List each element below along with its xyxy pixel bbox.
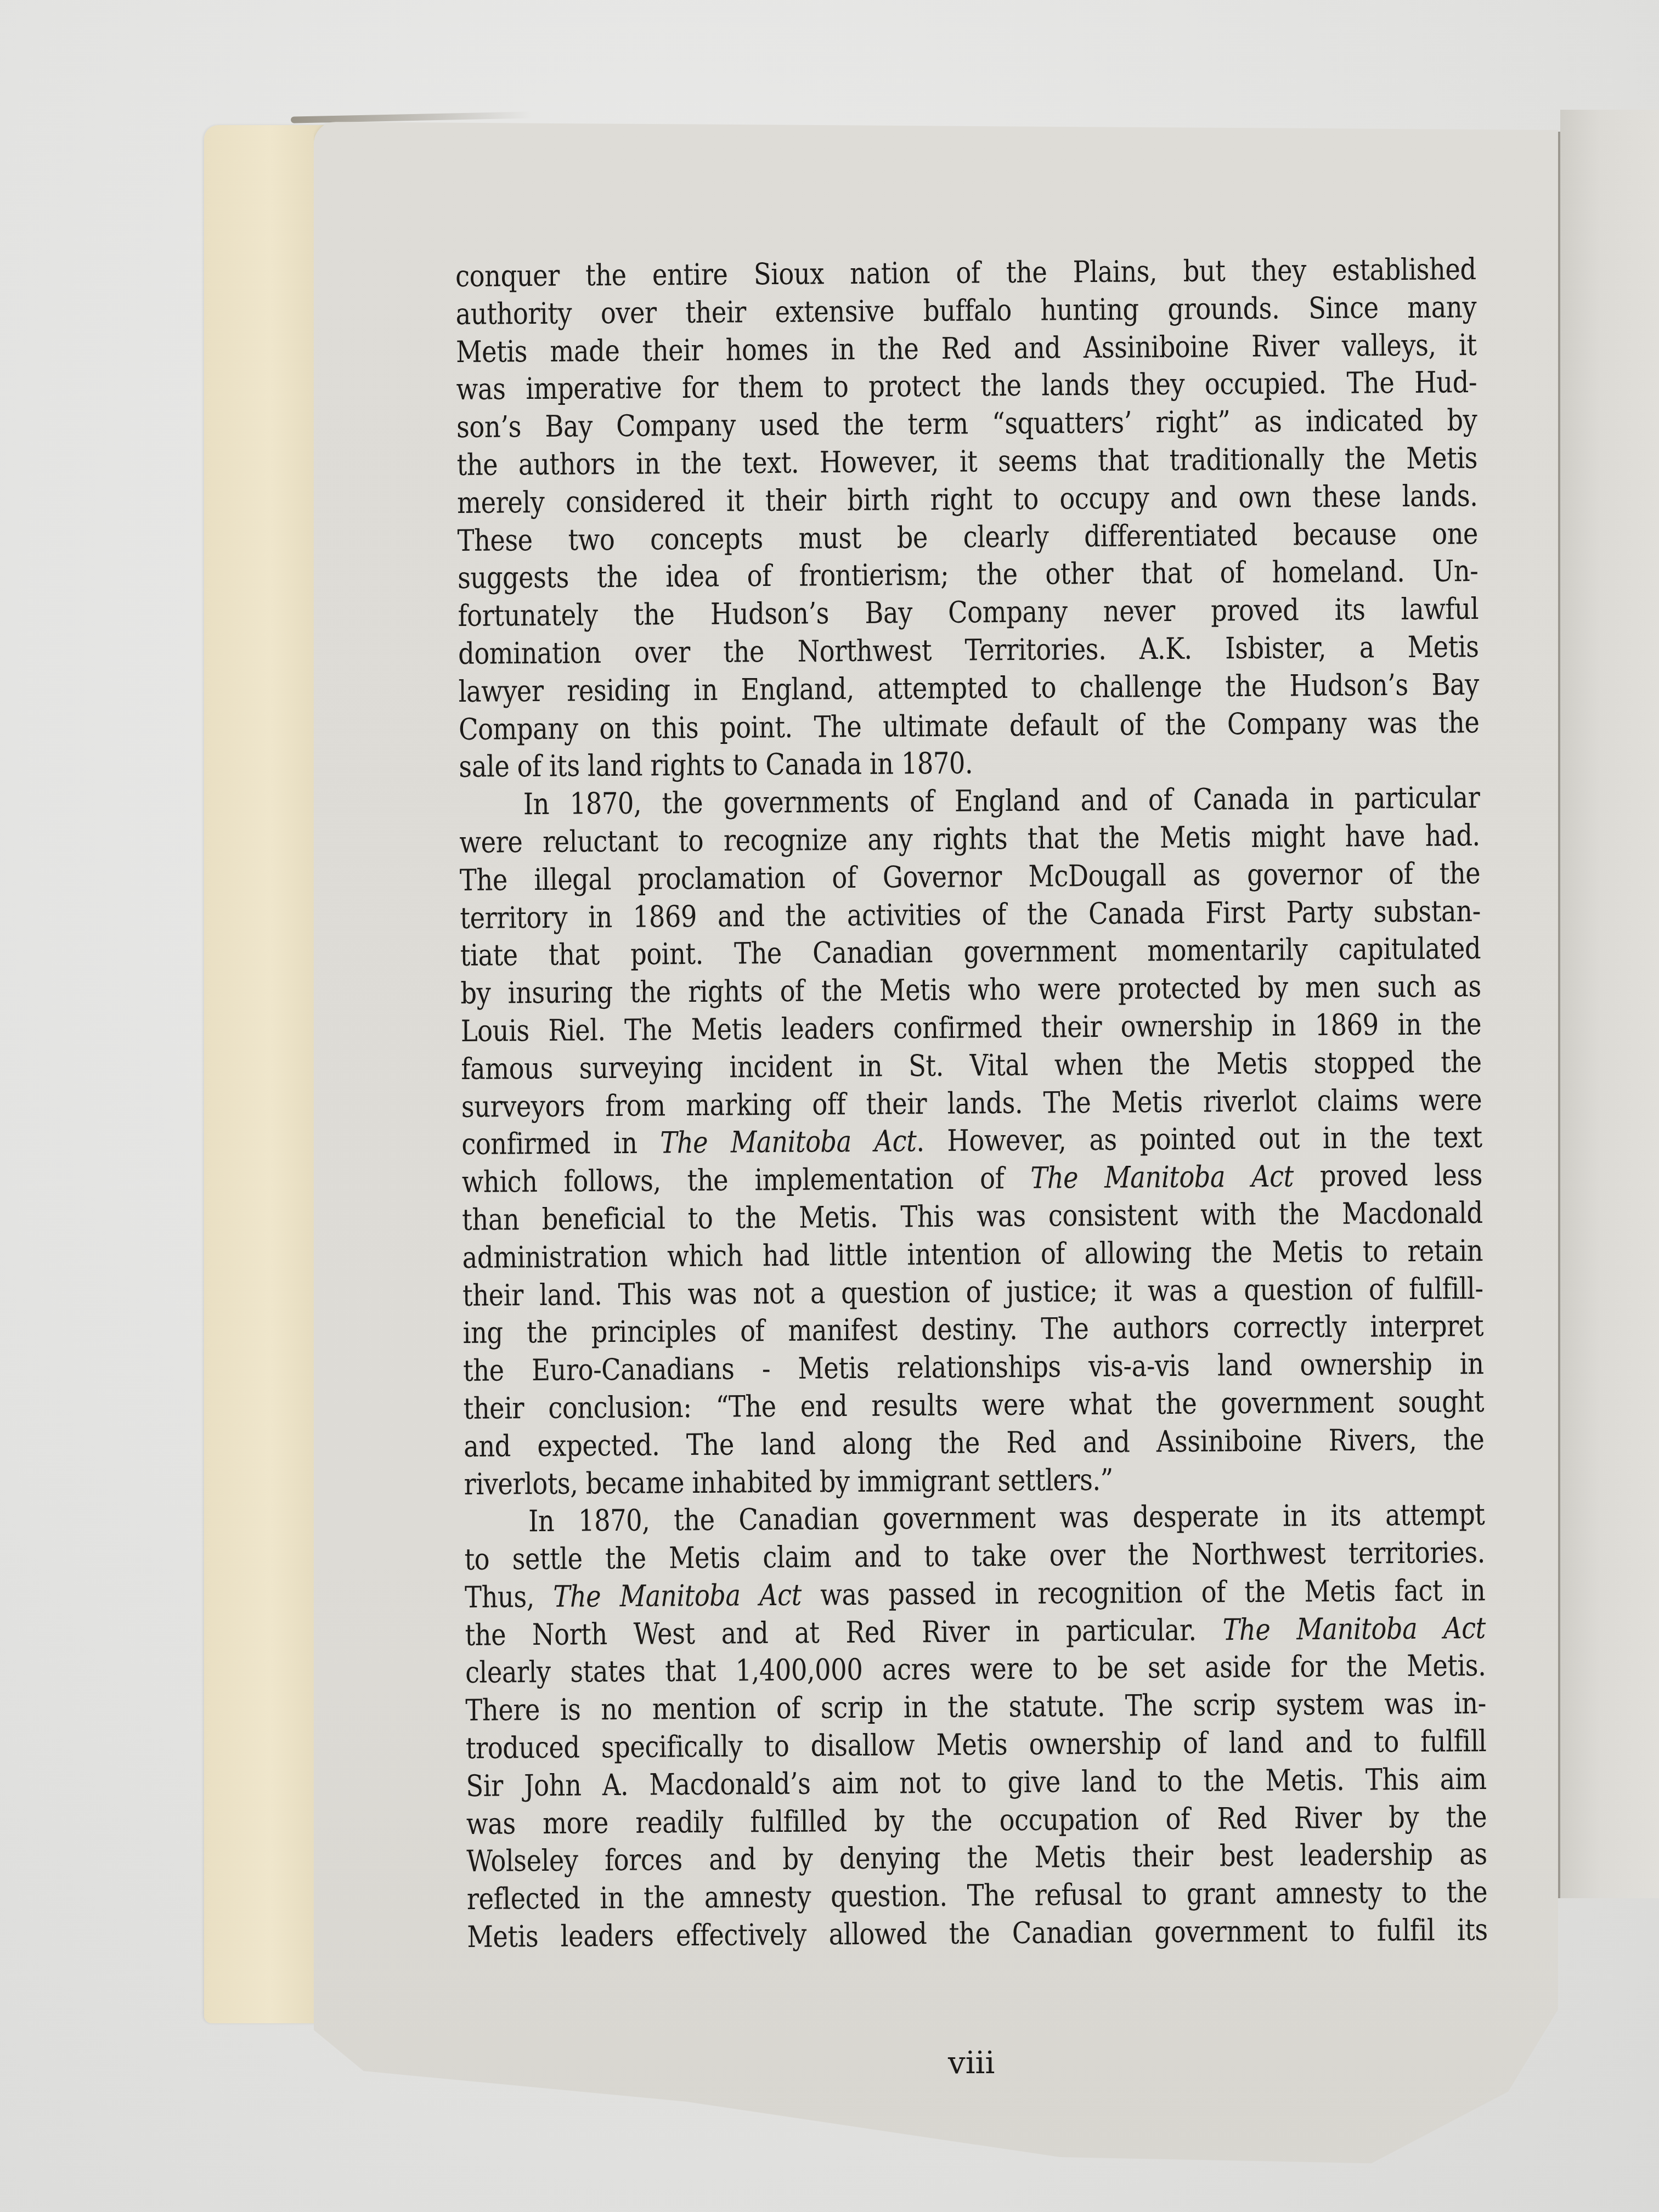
text-line: and expected. The land along the Red and…: [464, 1421, 1485, 1466]
text-line: In 1870, the Canadian government was des…: [464, 1496, 1485, 1541]
text-line: their land. This was not a question of j…: [462, 1269, 1483, 1314]
text-line: son’s Bay Company used the term “squatte…: [456, 402, 1477, 447]
text-line: clearly states that 1,400,000 acres were…: [465, 1647, 1486, 1692]
text-line: confirmed in The Manitoba Act. However, …: [461, 1119, 1482, 1164]
body-text: conquer the entire Sioux nation of the P…: [455, 251, 1488, 1956]
text-line: Wolseley forces and by denying the Metis…: [466, 1836, 1487, 1881]
text-line: sale of its land rights to Canada in 187…: [459, 741, 1480, 786]
page-number: viii: [948, 2045, 995, 2081]
text-line: Metis made their homes in the Red and As…: [456, 326, 1477, 371]
text-line: Metis leaders effectively allowed the Ca…: [467, 1911, 1488, 1956]
text-line: Company on this point. The ultimate defa…: [459, 704, 1480, 749]
text-line: These two concepts must be clearly diffe…: [457, 515, 1478, 560]
text-line: to settle the Metis claim and to take ov…: [464, 1534, 1485, 1579]
text-line: famous surveying incident in St. Vital w…: [461, 1043, 1482, 1088]
text-line: domination over the Northwest Territorie…: [458, 628, 1479, 673]
text-line: was imperative for them to protect the l…: [456, 364, 1477, 409]
paragraph-2: In 1870, the governments of England and …: [459, 779, 1485, 1503]
text-line: fortunately the Hudson’s Bay Company nev…: [458, 590, 1479, 635]
text-line: suggests the idea of frontierism; the ot…: [458, 552, 1479, 597]
facing-page-edge: [1560, 110, 1659, 1898]
book-gutter: [1558, 132, 1560, 1898]
book-page-edges: [204, 125, 325, 2023]
text-line: lawyer residing in England, attempted to…: [458, 666, 1479, 711]
text-line: riverlots, became inhabited by immigrant…: [464, 1458, 1485, 1503]
text-line: Sir John A. Macdonald’s aim not to give …: [466, 1760, 1487, 1805]
text-line: authority over their extensive buffalo h…: [455, 289, 1476, 334]
text-line: by insuring the rights of the Metis who …: [460, 968, 1481, 1013]
text-line: tiate that point. The Canadian governmen…: [460, 930, 1481, 975]
text-line: merely considered it their birth right t…: [457, 477, 1478, 522]
text-line: There is no mention of scrip in the stat…: [465, 1685, 1486, 1730]
text-line: was more readily fulfilled by the occupa…: [466, 1798, 1487, 1843]
text-line: reflected in the amnesty question. The r…: [467, 1874, 1488, 1918]
paragraph-3: In 1870, the Canadian government was des…: [464, 1496, 1488, 1956]
text-line: than beneficial to the Metis. This was c…: [462, 1194, 1483, 1239]
text-line: The illegal proclamation of Governor McD…: [460, 855, 1481, 900]
text-line: which follows, the implementation of The…: [462, 1156, 1483, 1201]
text-line: Louis Riel. The Metis leaders confirmed …: [461, 1006, 1482, 1051]
text-line: the Euro-Canadians - Metis relationships…: [463, 1345, 1484, 1390]
italic-title: The Manitoba Act: [1222, 1611, 1486, 1647]
text-line: conquer the entire Sioux nation of the P…: [455, 251, 1476, 296]
text-line: the authors in the text. However, it see…: [456, 439, 1477, 484]
italic-title: The Manitoba Act: [1030, 1159, 1294, 1195]
text-line: In 1870, the governments of England and …: [459, 779, 1480, 824]
italic-title: The Manitoba Act: [553, 1578, 802, 1614]
italic-title: The Manitoba Act: [660, 1124, 916, 1160]
text-line: the North West and at Red River in parti…: [465, 1610, 1486, 1655]
text-line: surveyors from marking off their lands. …: [461, 1081, 1482, 1126]
text-line: Thus, The Manitoba Act was passed in rec…: [465, 1572, 1486, 1617]
text-line: were reluctant to recognize any rights t…: [459, 817, 1480, 862]
text-line: ing the principles of manifest destiny. …: [462, 1307, 1483, 1352]
text-line: troduced specifically to disallow Metis …: [466, 1723, 1487, 1768]
paragraph-1: conquer the entire Sioux nation of the P…: [455, 251, 1480, 786]
text-line: territory in 1869 and the activities of …: [460, 893, 1481, 938]
text-line: their conclusion: “The end results were …: [463, 1383, 1484, 1428]
text-line: administration which had little intentio…: [462, 1232, 1483, 1277]
